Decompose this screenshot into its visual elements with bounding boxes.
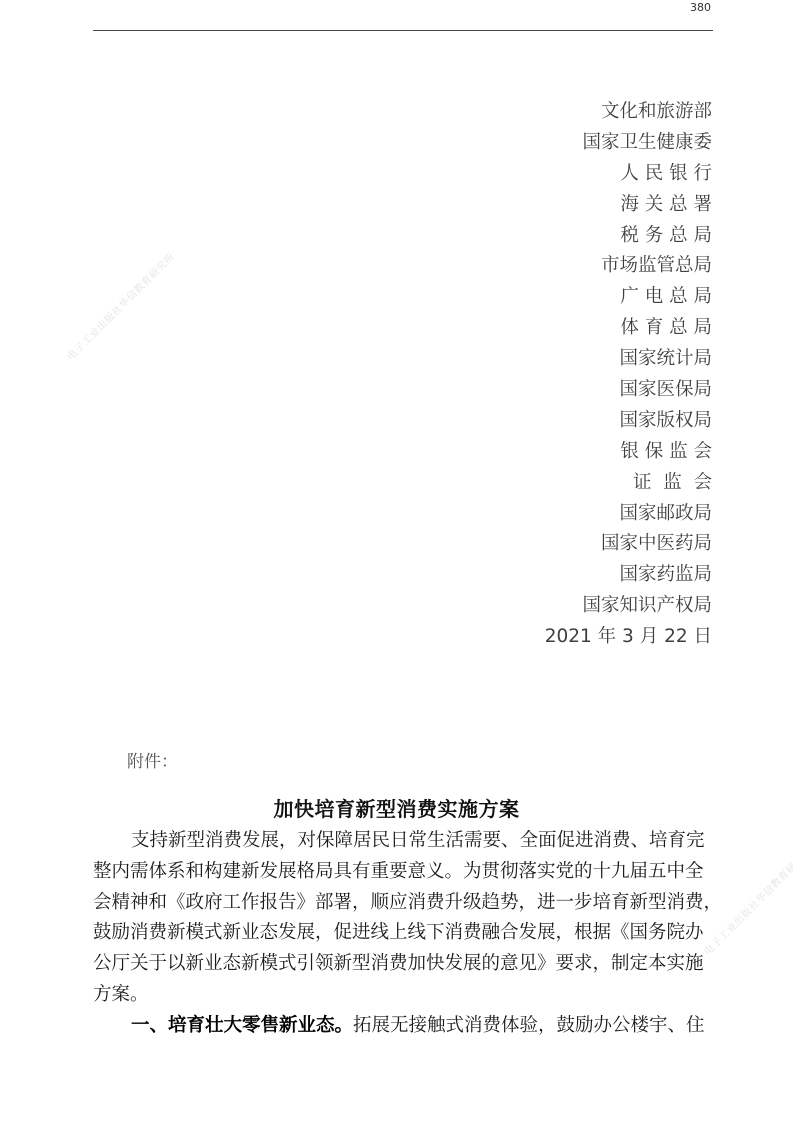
signatory: 人 民 银 行 <box>545 159 712 190</box>
paragraph-line: 会精神和《政府工作报告》部署，顺应消费升级趋势，进一步培育新型消费， <box>93 888 715 919</box>
signatory: 国家版权局 <box>545 406 712 437</box>
section-text: 拓展无接触式消费体验，鼓励办公楼宇、住 <box>353 1015 705 1036</box>
signatory: 文化和旅游部 <box>545 97 712 128</box>
paragraph-line: 方案。 <box>93 980 715 1011</box>
paragraph-line: 鼓励消费新模式新业态发展，促进线上线下消费融合发展，根据《国务院办 <box>93 918 715 949</box>
signatory: 海 关 总 署 <box>545 190 712 221</box>
section-heading: 一、培育壮大零售新业态。 <box>131 1015 353 1036</box>
paragraph-line: 支持新型消费发展，对保障居民日常生活需要、全面促进消费、培育完 <box>93 826 715 857</box>
signatory: 银 保 监 会 <box>545 437 712 468</box>
document-title: 加快培育新型消费实施方案 <box>0 793 793 822</box>
signatory: 国家中医药局 <box>545 529 712 560</box>
page-number: 380 <box>690 1 711 14</box>
signatory: 广 电 总 局 <box>545 282 712 313</box>
signatory: 国家知识产权局 <box>545 591 712 622</box>
signatory: 国家统计局 <box>545 344 712 375</box>
signatory: 税 务 总 局 <box>545 221 712 252</box>
signatory: 国家药监局 <box>545 560 712 591</box>
header-rule <box>93 30 713 31</box>
document-body: 支持新型消费发展，对保障居民日常生活需要、全面促进消费、培育完 整内需体系和构建… <box>93 826 715 1042</box>
signatory: 证 监 会 <box>545 468 712 499</box>
paragraph-line: 公厅关于以新业态新模式引领新型消费加快发展的意见》要求，制定本实施 <box>93 949 715 980</box>
signatory: 体 育 总 局 <box>545 313 712 344</box>
section-1-line: 一、培育壮大零售新业态。拓展无接触式消费体验，鼓励办公楼宇、住 <box>93 1011 715 1042</box>
signatory-list: 文化和旅游部 国家卫生健康委 人 民 银 行 海 关 总 署 税 务 总 局 市… <box>545 97 712 653</box>
signatory: 国家医保局 <box>545 375 712 406</box>
signatory: 国家邮政局 <box>545 499 712 530</box>
paragraph-line: 整内需体系和构建新发展格局具有重要意义。为贯彻落实党的十九届五中全 <box>93 857 715 888</box>
signatory: 市场监管总局 <box>545 251 712 282</box>
signatory: 国家卫生健康委 <box>545 128 712 159</box>
attachment-label: 附件： <box>127 747 178 772</box>
signing-date: 2021 年 3 月 22 日 <box>545 622 712 653</box>
watermark: 电子工业出版社华信教育研究所 <box>63 248 178 363</box>
